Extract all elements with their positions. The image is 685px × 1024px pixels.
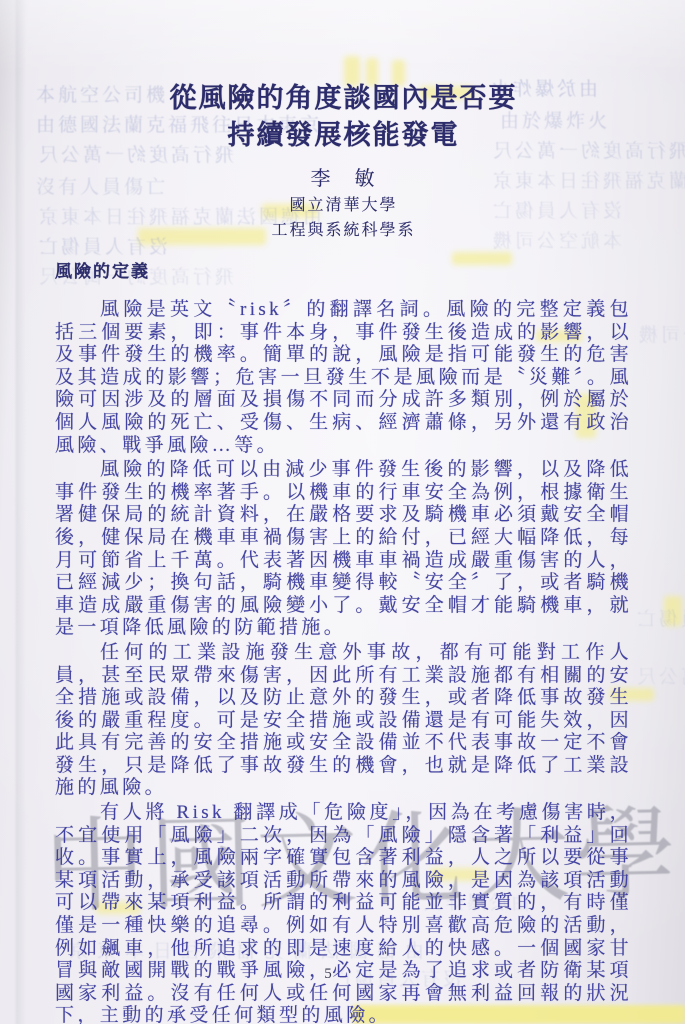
article-content: 從風險的角度談國內是否要 持續發展核能發電 李 敏 國立清華大學 工程與系統科學… <box>55 0 632 1024</box>
bleedthrough-text: 沒有人員傷亡 <box>634 604 685 631</box>
scanned-document-page: 本航空公司機 由德國法蘭克福飛往日本東京 由於爆炸火 由於爆炸火 飛行高度約一萬… <box>0 0 685 1024</box>
affiliation-university: 國立清華大學 <box>55 193 632 218</box>
page-number: 5 <box>308 966 348 983</box>
paragraph: 風險的降低可以由減少事件發生後的影響，以及降低事件發生的機率著手。以機車的行車安… <box>55 459 632 640</box>
bleedthrough-text: 本航空公司機 <box>636 320 685 347</box>
paragraph: 有人將 Risk 翻譯成「危險度」，因為在考慮傷害時，不宜使用「風險」二次，因為… <box>55 802 632 1024</box>
section-heading: 風險的定義 <box>55 257 632 282</box>
author-name: 李 敏 <box>55 166 632 193</box>
byline: 李 敏 國立清華大學 工程與系統科學系 <box>55 166 632 243</box>
article-title: 從風險的角度談國內是否要 持續發展核能發電 <box>55 80 632 154</box>
body-text: 風險是英文〝risk〞的翻譯名詞。風險的完整定義包括三個要素，即：事件本身，事件… <box>55 299 632 1024</box>
bleedthrough-text: 飛行高度約一萬公尺 <box>634 662 685 689</box>
paragraph: 風險是英文〝risk〞的翻譯名詞。風險的完整定義包括三個要素，即：事件本身，事件… <box>55 299 632 457</box>
affiliation-department: 工程與系統科學系 <box>55 218 632 243</box>
paragraph: 任何的工業設施發生意外事故，都有可能對工作人員，甚至民眾帶來傷害，因此所有工業設… <box>55 642 632 800</box>
article-title-line2: 持續發展核能發電 <box>55 117 632 154</box>
article-title-line1: 從風險的角度談國內是否要 <box>55 80 632 117</box>
